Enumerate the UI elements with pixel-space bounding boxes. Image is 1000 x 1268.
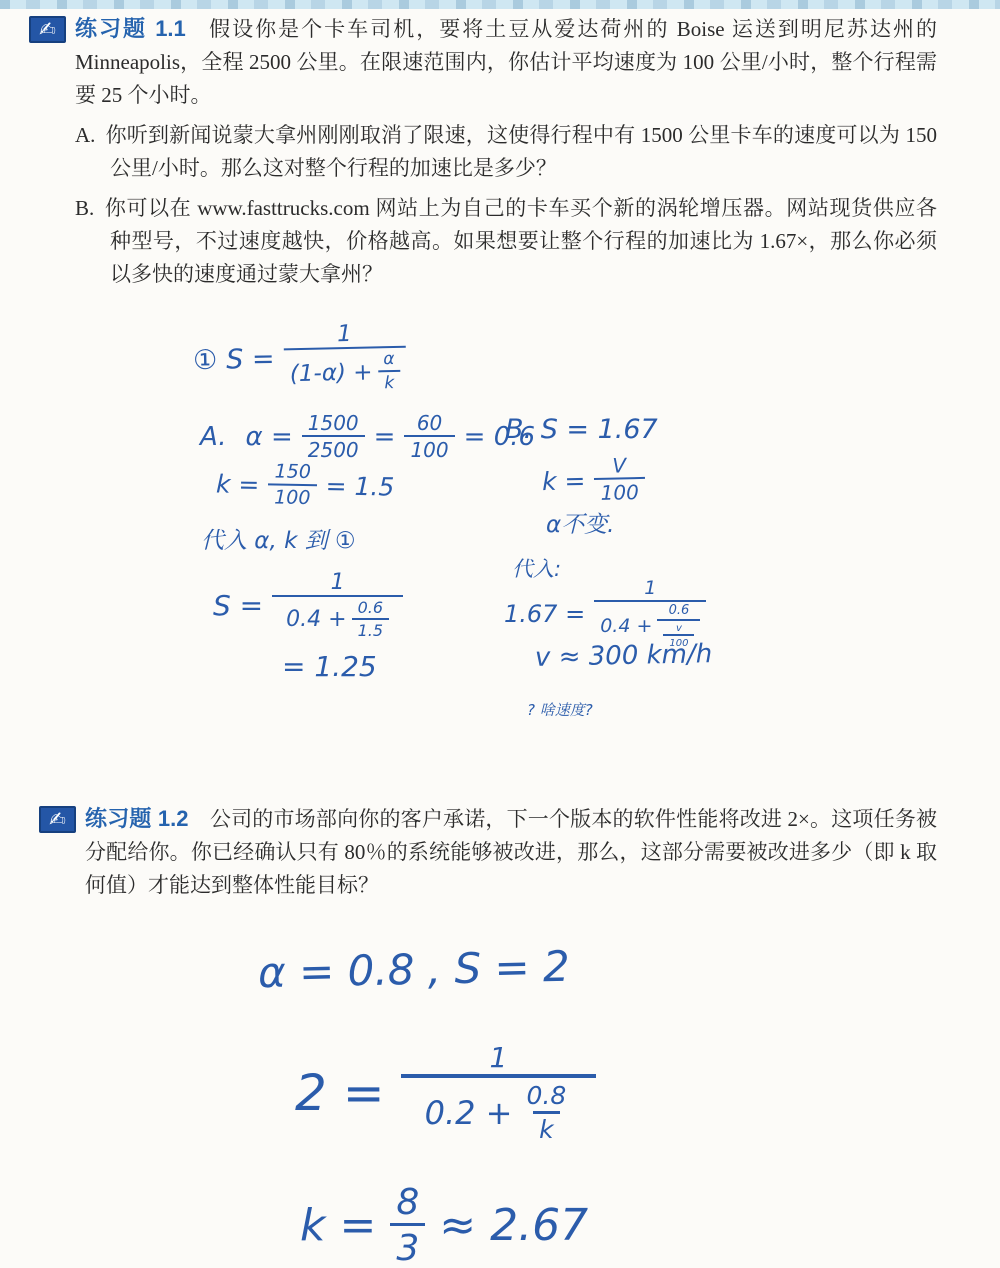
exercise-1-2-intro-text: 公司的市场部向你的客户承诺，下一个版本的软件性能将改进 2×。这项任务被分配给你… [85, 807, 937, 897]
hw-a-substitute-note: 代入 α, k 到 ① [201, 522, 356, 555]
page-top-strip [0, 0, 1000, 9]
fraction-numerator: 1500 [302, 412, 365, 435]
exercise-1-1-intro-text: 假设你是个卡车司机，要将土豆从爱达荷州的 Boise 运送到明尼苏达州的 Min… [75, 17, 937, 107]
den-text: 0.4 + [286, 607, 346, 632]
fraction-numerator: 1 [484, 1042, 514, 1074]
fraction-numerator: 1 [325, 570, 351, 595]
item-b-text: 你可以在 www.fasttrucks.com 网站上为自己的卡车买个新的涡轮增… [104, 196, 937, 286]
fraction-numerator: 1 [331, 321, 358, 348]
item-a-label: A. [75, 123, 95, 147]
k-lhs: k = [300, 1200, 376, 1251]
fraction-denominator: (1-α) + α k [283, 346, 407, 396]
substitute-note: 代入 α, k 到 ① [201, 522, 356, 555]
exercise-1-1-item-a: A.你听到新闻说蒙大拿州刚刚取消了限速，这使得行程中有 1500 公里卡车的速度… [75, 119, 937, 185]
nested-fraction: 0.6 1.5 [352, 599, 389, 640]
nested-numerator: 0.6 [352, 599, 389, 617]
fraction: 60 100 [404, 412, 454, 462]
nested-numerator: 0.6 [663, 604, 696, 619]
fraction-denominator: 2500 [302, 435, 365, 462]
hw-a-result: = 1.25 [282, 650, 377, 683]
eq-lhs: 1.67 = [504, 600, 585, 628]
k-lhs: k = [216, 470, 260, 500]
exercise-1-1-item-b: B.你可以在 www.fasttrucks.com 网站上为自己的卡车买个新的涡… [75, 192, 937, 291]
hw-amdahl-formula: ① S = 1 (1-α) + α k [192, 320, 407, 398]
fraction: 8 3 [390, 1182, 425, 1268]
eq-lhs: 2 = [295, 1064, 385, 1122]
nested-numerator: v [670, 623, 688, 635]
speed-question-note: ? 啥速度? [527, 699, 593, 720]
fraction-numerator: 150 [268, 461, 317, 484]
k-lhs: k = [542, 466, 586, 496]
nested-numerator: α [377, 350, 401, 370]
fraction-denominator: 3 [390, 1223, 425, 1268]
fraction: 1 0.4 + 0.6 1.5 [272, 570, 403, 640]
hw-a-k-line: k = 150 100 = 1.5 [216, 460, 395, 511]
hw-b-question-note: ? 啥速度? [527, 699, 593, 720]
textbook-page: ✍ 练习题 1.1 假设你是个卡车司机，要将土豆从爱达荷州的 Boise 运送到… [0, 0, 1000, 1268]
part-a-label: A. [200, 422, 227, 452]
item-a-text: 你听到新闻说蒙大拿州刚刚取消了限速，这使得行程中有 1500 公里卡车的速度可以… [105, 123, 937, 180]
fraction: 1 0.2 + 0.8 k [401, 1042, 597, 1145]
fraction-denominator: 100 [404, 435, 454, 462]
fraction: 1 (1-α) + α k [283, 320, 407, 396]
s-lhs: S = [213, 589, 263, 622]
a-final-result: = 1.25 [282, 650, 377, 683]
nested-fraction: α k [377, 350, 401, 394]
exercise-1-1-intro-paragraph: ✍ 练习题 1.1 假设你是个卡车司机，要将土豆从爱达荷州的 Boise 运送到… [75, 12, 937, 112]
alpha-unchanged-note: α不变. [546, 506, 614, 539]
hw-b-result: v ≈ 300 km/h [535, 639, 713, 673]
alpha-lhs: α = [246, 422, 293, 452]
hw-a-alpha-line: A. α = 1500 2500 = 60 100 = 0.6 [200, 412, 535, 462]
fraction-numerator: 8 [390, 1182, 425, 1223]
nested-denominator: k [533, 1111, 559, 1145]
writing-hand-icon: ✍ [29, 16, 66, 43]
fraction-denominator: 0.2 + 0.8 k [401, 1074, 597, 1145]
exercise-1-2-label: 练习题 1.2 [85, 806, 188, 831]
writing-hand-icon: ✍ [39, 806, 76, 833]
nested-numerator: 0.8 [520, 1082, 572, 1111]
den-text: (1-α) + [290, 359, 373, 387]
b-final-result: v ≈ 300 km/h [535, 639, 713, 673]
nested-denominator: k [378, 370, 400, 394]
exercise-1-1-label: 练习题 1.1 [75, 16, 186, 41]
step-marker: ① [193, 345, 218, 377]
part-b-header: B. S = 1.67 [505, 414, 658, 445]
exercise-1-2-intro-paragraph: ✍ 练习题 1.2 公司的市场部向你的客户承诺，下一个版本的软件性能将改进 2×… [85, 802, 937, 902]
hw-b-header: B. S = 1.67 [505, 414, 658, 445]
formula-lhs: S = [226, 344, 275, 376]
fraction: V 100 [594, 454, 645, 505]
equals-sign: = [374, 422, 396, 452]
fraction-numerator: V [606, 454, 632, 478]
fraction-denominator: 100 [594, 477, 645, 505]
hw2-k-result: k = 8 3 ≈ 2.67 [300, 1182, 588, 1268]
k-result: = 1.5 [325, 472, 394, 502]
fraction: 1500 2500 [302, 412, 365, 462]
hw-b-k-line: k = V 100 [541, 454, 645, 506]
item-b-label: B. [75, 196, 94, 220]
hw-a-speedup-eq: S = 1 0.4 + 0.6 1.5 [213, 570, 403, 640]
fraction-numerator: 1 [638, 578, 662, 600]
hw2-givens: α = 0.8 , S = 2 [258, 942, 571, 998]
fraction-denominator: 0.4 + 0.6 1.5 [272, 595, 403, 640]
den-text: 0.2 + [425, 1095, 513, 1132]
exercise-1-1: ✍ 练习题 1.1 假设你是个卡车司机，要将土豆从爱达荷州的 Boise 运送到… [75, 12, 937, 291]
givens-text: α = 0.8 , S = 2 [258, 942, 571, 998]
k-result: ≈ 2.67 [439, 1200, 588, 1251]
den-text: 0.4 + [600, 616, 652, 638]
exercise-1-2: ✍ 练习题 1.2 公司的市场部向你的客户承诺，下一个版本的软件性能将改进 2×… [85, 802, 937, 902]
hw-b-alpha-note: α不变. [546, 506, 614, 539]
fraction: 150 100 [268, 461, 317, 510]
nested-fraction: 0.8 k [520, 1082, 572, 1145]
hw2-equation: 2 = 1 0.2 + 0.8 k [295, 1042, 596, 1145]
fraction-denominator: 100 [268, 483, 317, 510]
fraction-numerator: 60 [411, 412, 448, 435]
nested-denominator: 1.5 [352, 618, 389, 640]
